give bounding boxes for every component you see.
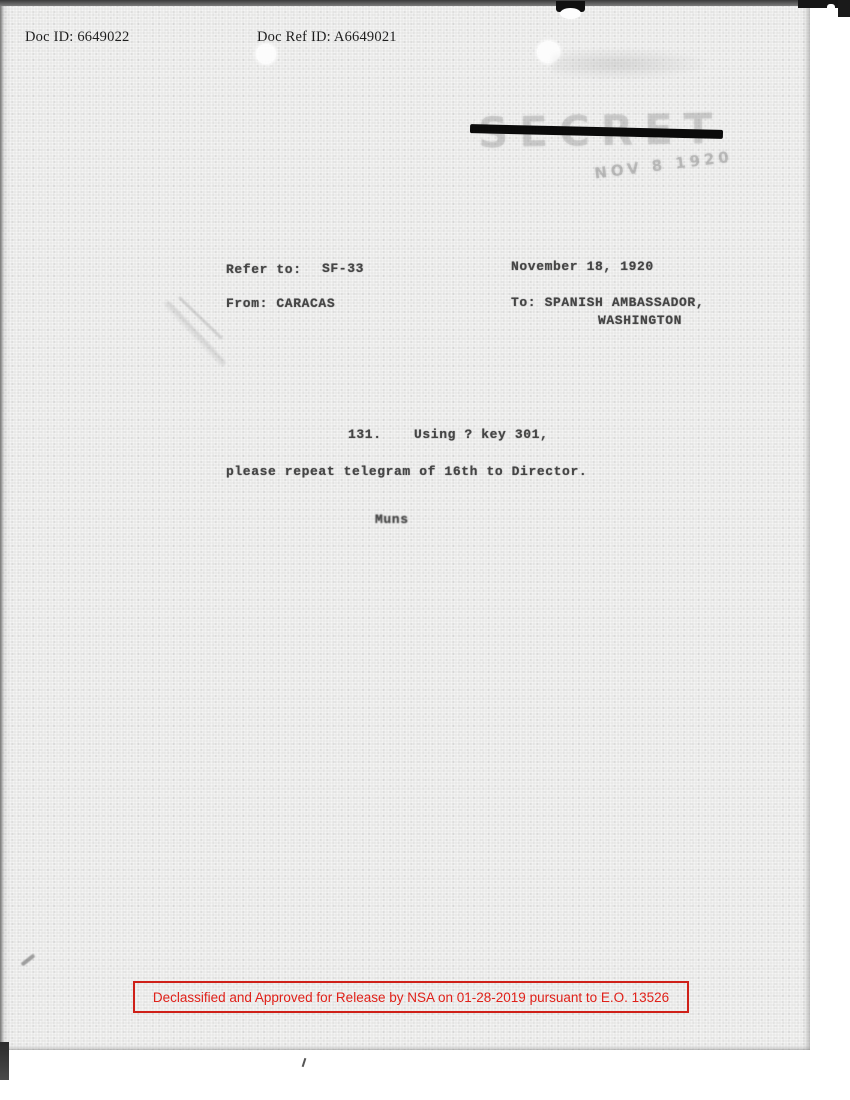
declassification-banner: Declassified and Approved for Release by… <box>133 981 689 1013</box>
telegram-body-line1: Using ? key 301, <box>414 427 548 442</box>
telegram-to-city: WASHINGTON <box>598 313 682 328</box>
refer-to-value: SF-33 <box>322 261 364 276</box>
telegram-body-line2: please repeat telegram of 16th to Direct… <box>226 464 587 479</box>
paragraph-number: 131. <box>348 427 382 442</box>
refer-to-label: Refer to: <box>226 262 302 277</box>
hole-punch <box>256 44 276 64</box>
telegram-signature: Muns <box>375 512 409 527</box>
doc-id-label: Doc ID: 6649022 <box>25 29 130 46</box>
scanner-notch-bite <box>560 8 581 19</box>
scanner-edge-strip <box>0 0 850 6</box>
scanner-edge-gap <box>827 4 835 13</box>
scan-edge-artifact <box>0 1042 9 1080</box>
telegram-to-line: To: SPANISH AMBASSADOR, <box>511 295 704 310</box>
telegram-from-line: From: CARACAS <box>226 296 335 311</box>
ink-smudge <box>552 48 712 80</box>
telegram-date: November 18, 1920 <box>511 259 654 274</box>
declassification-text: Declassified and Approved for Release by… <box>153 990 669 1005</box>
stray-mark <box>302 1058 307 1067</box>
scanner-corner-block <box>838 0 850 17</box>
scanned-document-page: Doc ID: 6649022 Doc Ref ID: A6649021 SEC… <box>0 0 850 1100</box>
doc-ref-id-label: Doc Ref ID: A6649021 <box>257 29 397 46</box>
